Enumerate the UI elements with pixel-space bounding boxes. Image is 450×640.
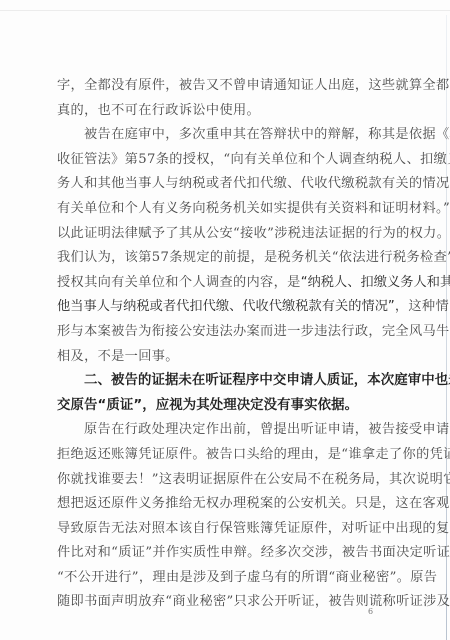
text-line: 随即书面声明放弃“商业秘密”只求公开听证，被告则谎称听证涉及 bbox=[57, 590, 375, 615]
section-heading-cont: 交原告“质证”，应视为其处理决定没有事实依据。 bbox=[57, 394, 375, 419]
text-line: 以此证明法律赋予了其从公安“接收”涉税违法证据的行为的权力。 bbox=[57, 222, 375, 247]
text-span: 授权其向有关单位和个人调查的内容，是 bbox=[57, 275, 301, 290]
text-line: 件比对和“质证”并作实质性申辩。经多次交涉，被告书面决定听证 bbox=[57, 541, 375, 566]
text-span: ，这种情 bbox=[395, 299, 449, 314]
text-line: 有关单位和个人有义务向税务机关如实提供有关资料和证明材料。” bbox=[57, 197, 375, 222]
text-line: 想把返还原件义务推给无权办理税案的公安机关。只是，这在客观上 bbox=[57, 492, 375, 517]
section-heading: 二、被告的证据未在听证程序中交申请人质证，本次庭审中也未 bbox=[57, 369, 375, 394]
page-number: 6 bbox=[368, 607, 373, 616]
text-line: 导致原告无法对照本该自行保管账簿凭证原件，对听证中出现的复印 bbox=[57, 517, 375, 542]
text-line: 你就找谁要去！”这表明证据原件在公安局不在税务局，其次说明它 bbox=[57, 468, 375, 493]
paragraph-start: 原告在行政处理决定作出前，曾提出听证申请，被告接受申请但 bbox=[57, 418, 375, 443]
text-line: 务人和其他当事人与纳税或者代扣代缴、代收代缴税款有关的情况， bbox=[57, 172, 375, 197]
text-line-mixed: 他当事人与纳税或者代扣代缴、代收代缴税款有关的情况”，这种情 bbox=[57, 295, 375, 320]
quoted-law-text: 他当事人与纳税或者代扣代缴、代收代缴税款有关的情况” bbox=[57, 299, 395, 314]
text-line: 相及，不是一回事。 bbox=[57, 345, 375, 370]
quoted-law-text: “纳税人、扣缴义务人和其 bbox=[301, 275, 450, 290]
text-line-mixed: 授权其向有关单位和个人调查的内容，是“纳税人、扣缴义务人和其 bbox=[57, 271, 375, 296]
text-line: 我们认为，该第57条规定的前提，是税务机关“依法进行税务检查”， bbox=[57, 246, 375, 271]
text-line: 真的，也不可在行政诉讼中使用。 bbox=[57, 99, 375, 124]
document-page: 字，全都没有原件，被告又不曾申请通知证人出庭，这些就算全都是 真的，也不可在行政… bbox=[57, 74, 375, 615]
text-line: 字，全都没有原件，被告又不曾申请通知证人出庭，这些就算全都是 bbox=[57, 74, 375, 99]
text-line: 形与本案被告为衔接公安违法办案而进一步违法行政，完全风马牛不 bbox=[57, 320, 375, 345]
text-line: 拒绝返还账簿凭证原件。被告口头给的理由，是“谁拿走了你的凭证， bbox=[57, 443, 375, 468]
text-line: “不公开进行”，理由是涉及到子虚乌有的所谓“商业秘密”。原告 bbox=[57, 566, 375, 591]
scan-top-edge bbox=[0, 10, 450, 11]
text-line: 收征管法》第57条的授权，“向有关单位和个人调查纳税人、扣缴义 bbox=[57, 148, 375, 173]
paragraph-start: 被告在庭审中，多次重申其在答辩状中的辩解，称其是依据《税 bbox=[57, 123, 375, 148]
